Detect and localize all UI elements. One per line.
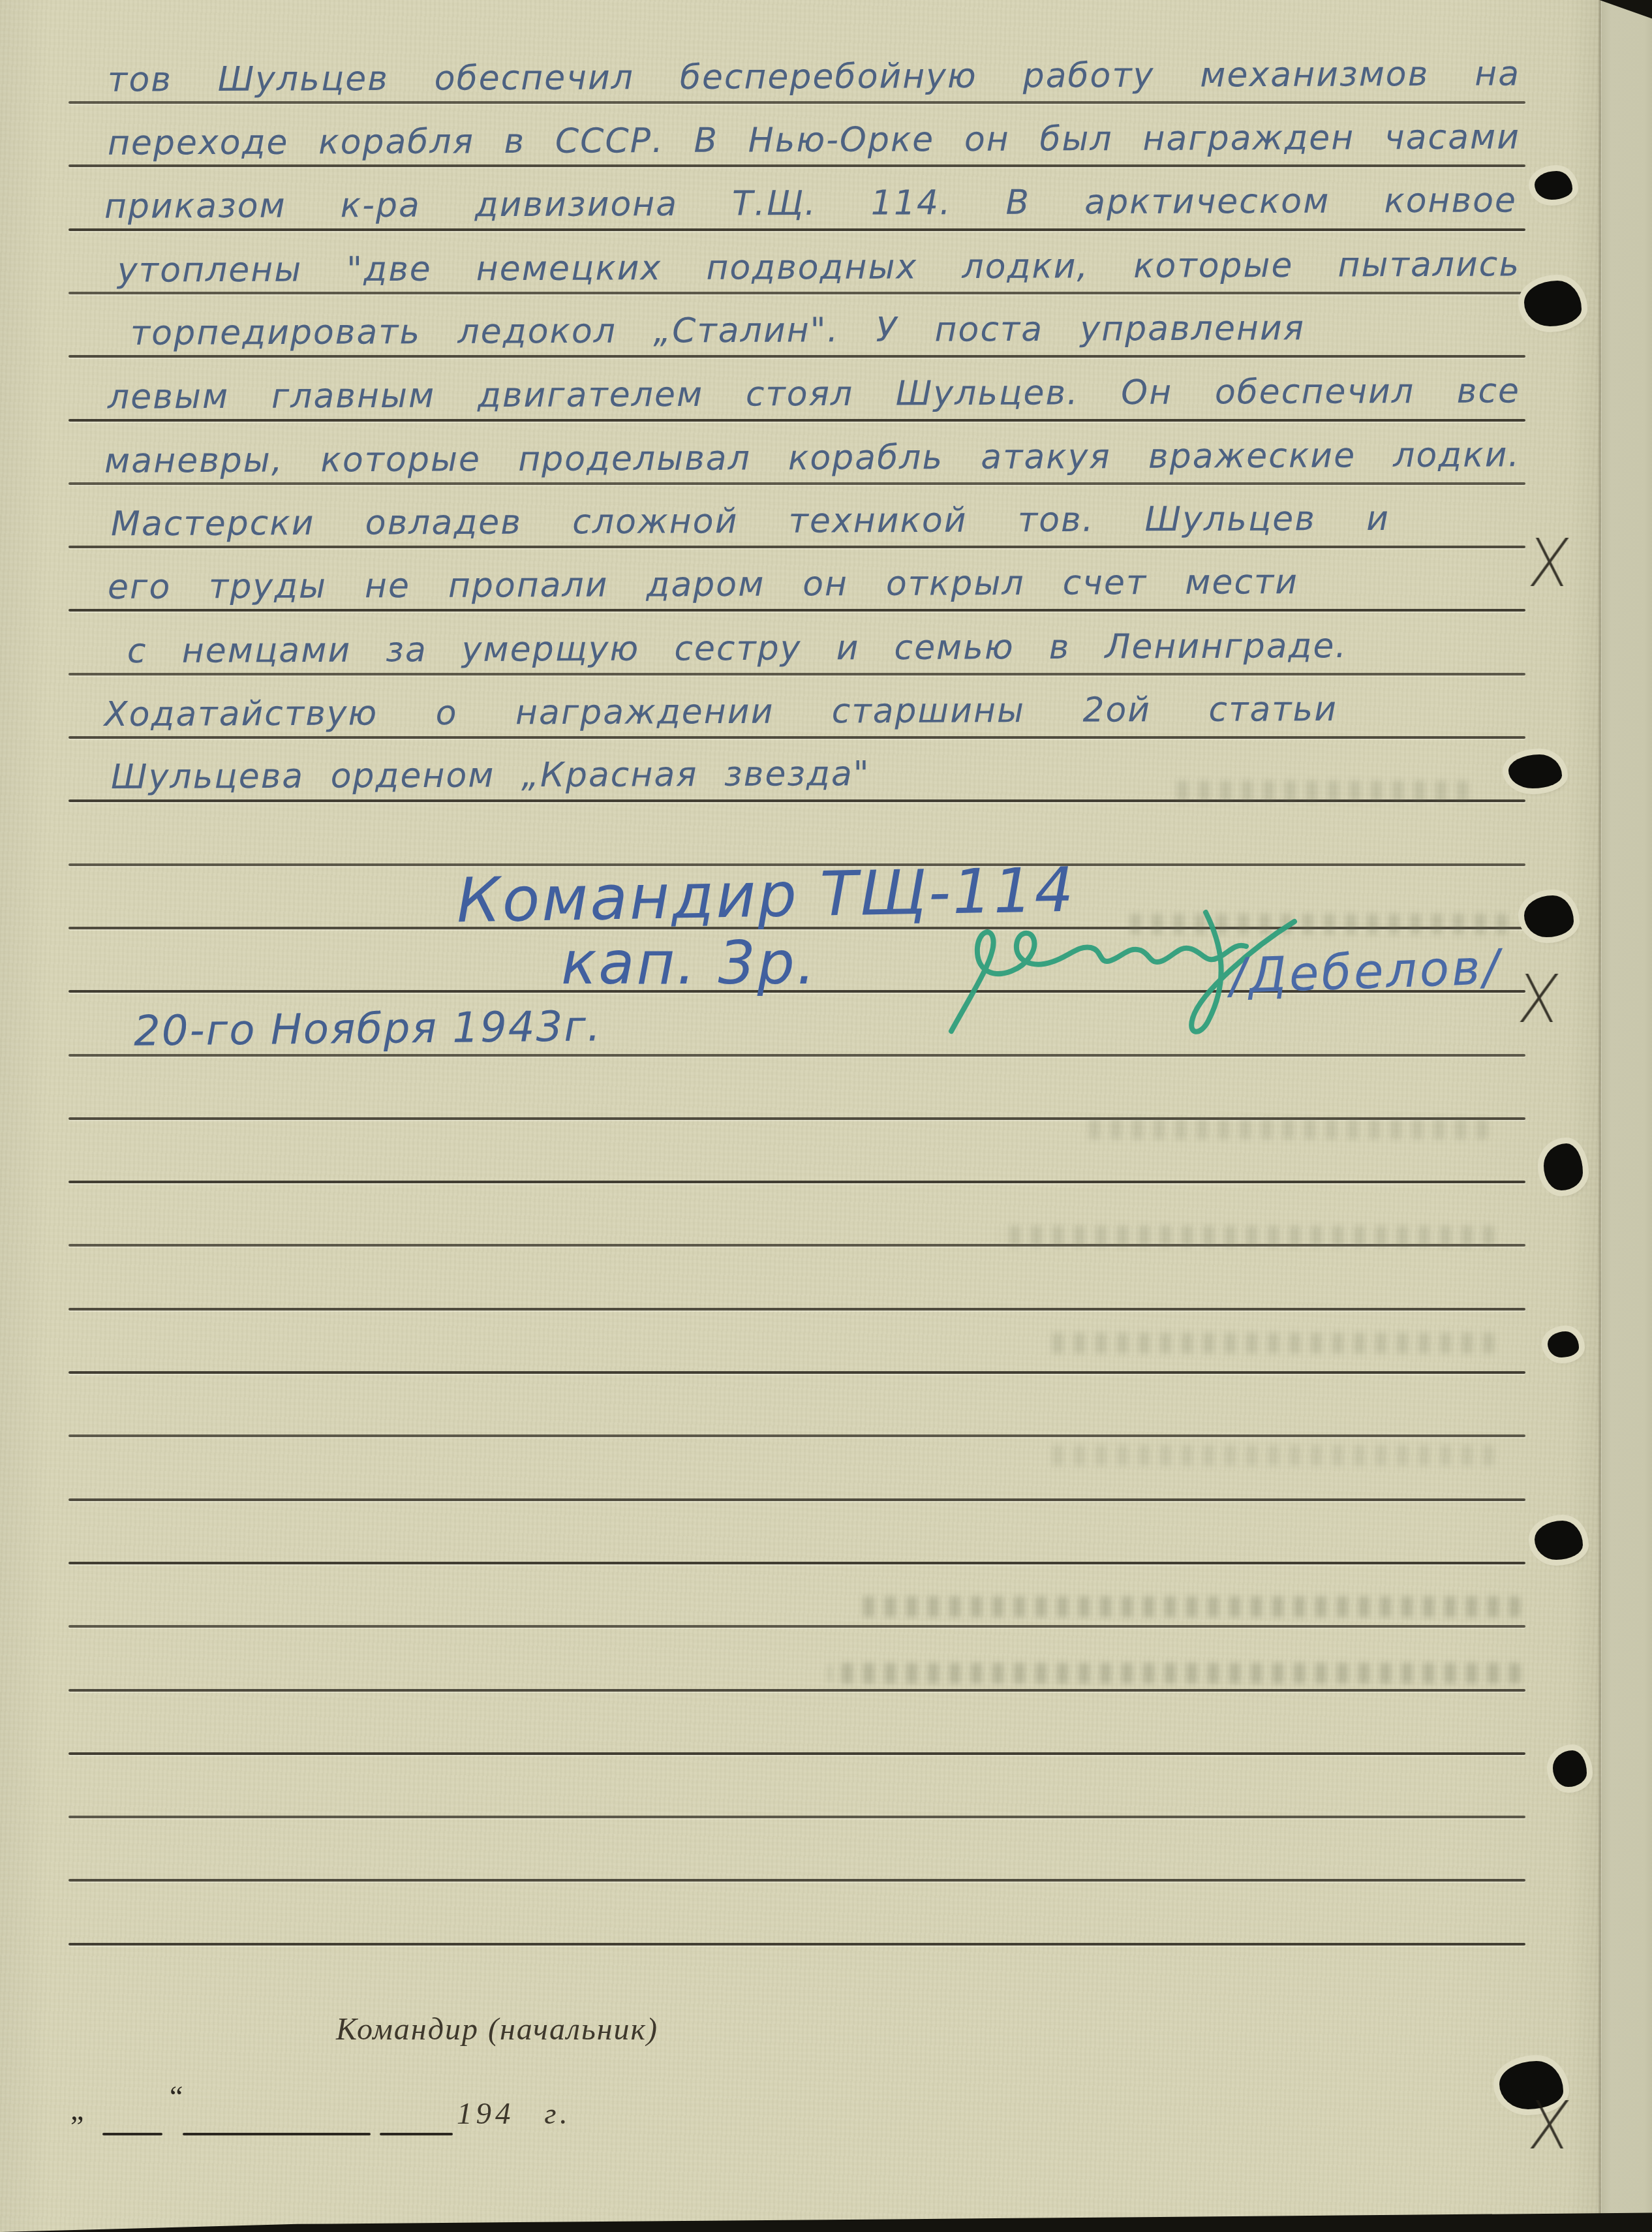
ghost-text-band <box>998 1226 1494 1247</box>
ruled-line <box>69 1434 1525 1437</box>
ruled-line <box>69 1752 1525 1755</box>
handwritten-line-9: его труды не пропали даром он открыл сче… <box>108 558 1298 612</box>
close-quote-mark: “ <box>170 2079 183 2114</box>
printed-commander-caption: Командир (начальник) <box>336 2011 658 2047</box>
ruled-line <box>69 1308 1525 1310</box>
handwritten-line-11: Ходатайствую о награждении старшины 2ой … <box>104 685 1338 739</box>
year-suffix: г. <box>544 2097 571 2131</box>
paper-crack <box>1525 538 1574 586</box>
ruled-line <box>69 1689 1525 1692</box>
ruled-line <box>69 1625 1525 1628</box>
handwritten-line-12: Шульцева орденом „Красная звезда" <box>111 749 998 801</box>
ruled-line <box>69 1371 1525 1374</box>
ruled-line <box>69 1181 1525 1183</box>
year-prefix: 194 <box>457 2097 515 2131</box>
ruled-line <box>69 1879 1525 1882</box>
ghost-text-band <box>1044 1333 1494 1354</box>
punch-hole <box>1548 1331 1579 1357</box>
ghost-text-band <box>1083 1119 1488 1139</box>
handwritten-line-6: левым главным двигателем стоял Шульцев. … <box>108 367 1520 421</box>
handwritten-line-3: приказом к-ра дивизиона Т.Щ. 114. В аркт… <box>104 176 1517 230</box>
ruled-line <box>69 1816 1525 1818</box>
ghost-text-band <box>1168 781 1468 801</box>
ruled-line <box>69 1943 1525 1945</box>
punch-hole <box>1524 895 1574 937</box>
punch-hole <box>1544 1143 1583 1190</box>
ghost-text-band <box>829 1663 1520 1684</box>
punch-hole <box>1535 171 1572 200</box>
adjacent-page-edge <box>1602 0 1652 2232</box>
punch-hole <box>1508 754 1562 788</box>
printed-year-placeholder: 194 г. <box>457 2096 572 2131</box>
rank-handwritten: кап. 3р. <box>561 929 818 998</box>
handwritten-line-1: тов Шульцев обеспечил бесперебойную рабо… <box>108 50 1520 104</box>
date-handwritten: 20-го Ноября 1943г. <box>134 1002 602 1056</box>
punch-hole <box>1524 281 1582 326</box>
ghost-text-band <box>855 1596 1520 1617</box>
paper-crack <box>1525 2100 1574 2148</box>
handwritten-line-7: маневры, которые проделывал корабль атак… <box>104 431 1520 485</box>
punch-hole <box>1535 1521 1583 1560</box>
ruled-line <box>69 1498 1525 1501</box>
open-quote-mark: „ <box>70 2092 84 2127</box>
handwritten-line-8: Мастерски овладев сложной техникой тов. … <box>111 495 1390 549</box>
handwritten-line-4: утоплены "две немецких подводных лодки, … <box>117 240 1520 294</box>
paper-sheet: тов Шульцев обеспечил бесперебойную рабо… <box>0 0 1602 2232</box>
footer-blank-line-3 <box>380 2133 453 2135</box>
ruled-line <box>69 1562 1525 1564</box>
scanned-document-page: тов Шульцев обеспечил бесперебойную рабо… <box>0 0 1652 2232</box>
punch-hole <box>1553 1750 1587 1787</box>
ghost-text-band <box>1050 1445 1494 1466</box>
paper-crack <box>1515 974 1563 1022</box>
surname-handwritten: /Дебелов/ <box>1229 939 1503 1004</box>
footer-blank-line-2 <box>183 2133 371 2135</box>
handwritten-line-5: торпедировать ледокол „Сталин". У поста … <box>130 304 1305 358</box>
footer-blank-line-1 <box>102 2133 162 2135</box>
handwritten-line-2: переходе корабля в СССР. В Нью-Орке он б… <box>108 113 1520 167</box>
handwritten-line-10: с немцами за умерщую сестру и семью в Ле… <box>127 622 1347 675</box>
